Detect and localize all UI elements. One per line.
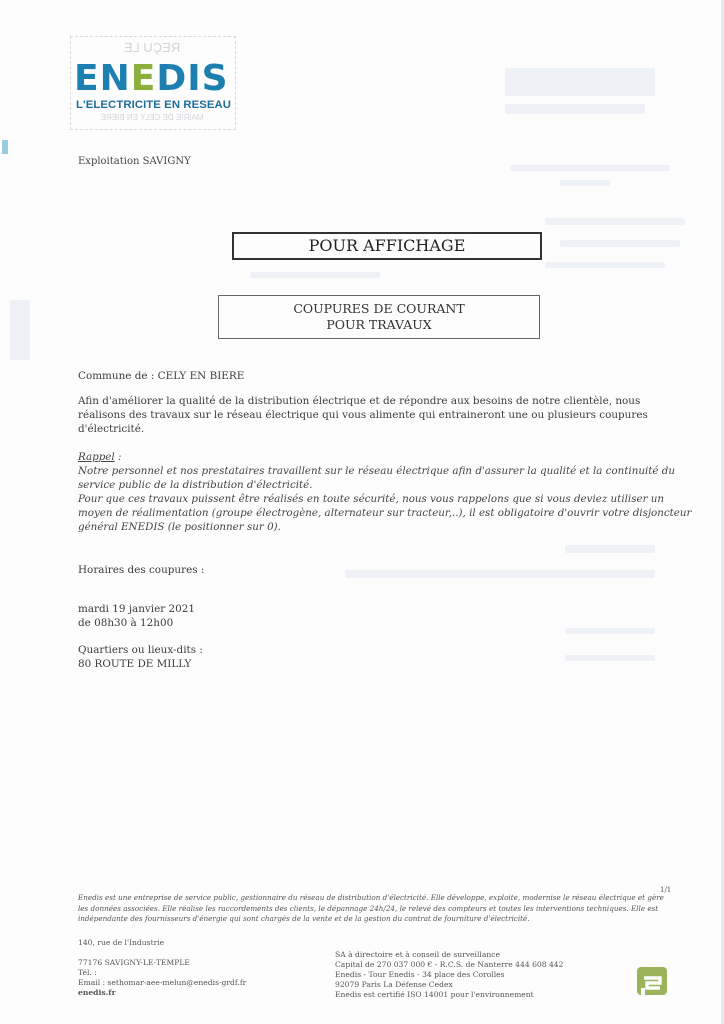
legal-line-1: SA à directoire et à conseil de surveill… (335, 950, 563, 960)
bleed-through-logo (505, 68, 655, 96)
horaires-label: Horaires des coupures : (78, 563, 204, 577)
bleed-through-text (560, 240, 680, 247)
subtitle-line-2: POUR TRAVAUX (219, 317, 539, 333)
intro-paragraph: Afin d'améliorer la qualité de la distri… (78, 394, 688, 436)
subtitle-box: COUPURES DE COURANT POUR TRAVAUX (218, 295, 540, 339)
subtitle-line-1: COUPURES DE COURANT (219, 301, 539, 317)
commune-label: Commune de : CELY EN BIERE (78, 369, 244, 383)
stamp-received-label: REÇU LE (70, 40, 234, 55)
bleed-through-text (560, 180, 610, 186)
exploitation-label: Exploitation SAVIGNY (78, 156, 191, 167)
address-tel: Tél. : (78, 968, 246, 978)
bleed-through-text (545, 218, 685, 225)
address-email[interactable]: Email : sethomar-aee-melun@enedis-grdf.f… (78, 978, 246, 988)
bleed-through-text (565, 628, 655, 634)
address-street: 140, rue de l'Industrie (78, 938, 246, 948)
footer-description: Enedis est une entreprise de service pub… (78, 893, 673, 925)
rappel-paragraph-1: Notre personnel et nos prestataires trav… (78, 464, 693, 492)
logo-en: EN (74, 58, 131, 99)
outage-schedule: mardi 19 janvier 2021 de 08h30 à 12h00 (78, 602, 195, 630)
legal-line-5: Enedis est certifié ISO 14001 pour l'env… (335, 990, 563, 1000)
rappel-heading: Rappel : (78, 450, 693, 464)
legal-line-3: Enedis - Tour Enedis - 34 place des Coro… (335, 970, 563, 980)
stamp-mairie-label: MAIRIE DE CELY EN BIERE (70, 113, 234, 122)
legal-line-2: Capital de 270 037 000 € - R.C.S. de Nan… (335, 960, 563, 970)
quartiers-section: Quartiers ou lieux-dits : 80 ROUTE DE MI… (78, 643, 203, 671)
title-pour-affichage: POUR AFFICHAGE (232, 232, 542, 260)
scan-margin-mark (2, 140, 8, 154)
outage-date: mardi 19 janvier 2021 (78, 602, 195, 616)
footer-legal: SA à directoire et à conseil de surveill… (335, 950, 563, 1000)
enedis-logo: ENEDIS (74, 60, 234, 98)
bleed-through-text (565, 545, 655, 553)
outage-time-range: de 08h30 à 12h00 (78, 616, 195, 630)
logo-dis: DIS (156, 58, 228, 99)
bleed-through-text (565, 655, 655, 661)
bleed-through-text (250, 272, 380, 278)
bleed-through-text (510, 165, 670, 171)
bleed-through-text (345, 570, 655, 578)
address-city: 77176 SAVIGNY-LE-TEMPLE (78, 958, 246, 968)
legal-line-4: 92079 Paris La Défense Cedex (335, 980, 563, 990)
rappel-section: Rappel : Notre personnel et nos prestata… (78, 450, 693, 534)
logo-tagline: L'ELECTRICITE EN RESEAU (76, 99, 231, 111)
bleed-through-text (545, 262, 665, 268)
quartier-item: 80 ROUTE DE MILLY (78, 657, 203, 671)
footer-address: 140, rue de l'Industrie 77176 SAVIGNY-LE… (78, 938, 246, 998)
address-website[interactable]: enedis.fr (78, 988, 246, 998)
logo-e-accent: E (131, 58, 157, 99)
bleed-through-mark (10, 300, 30, 360)
quartiers-label: Quartiers ou lieux-dits : (78, 643, 203, 657)
rappel-paragraph-2: Pour que ces travaux puissent être réali… (78, 492, 693, 534)
bleed-through-text (505, 104, 645, 114)
rappel-label: Rappel (78, 451, 115, 463)
enedis-e-icon (636, 966, 668, 996)
